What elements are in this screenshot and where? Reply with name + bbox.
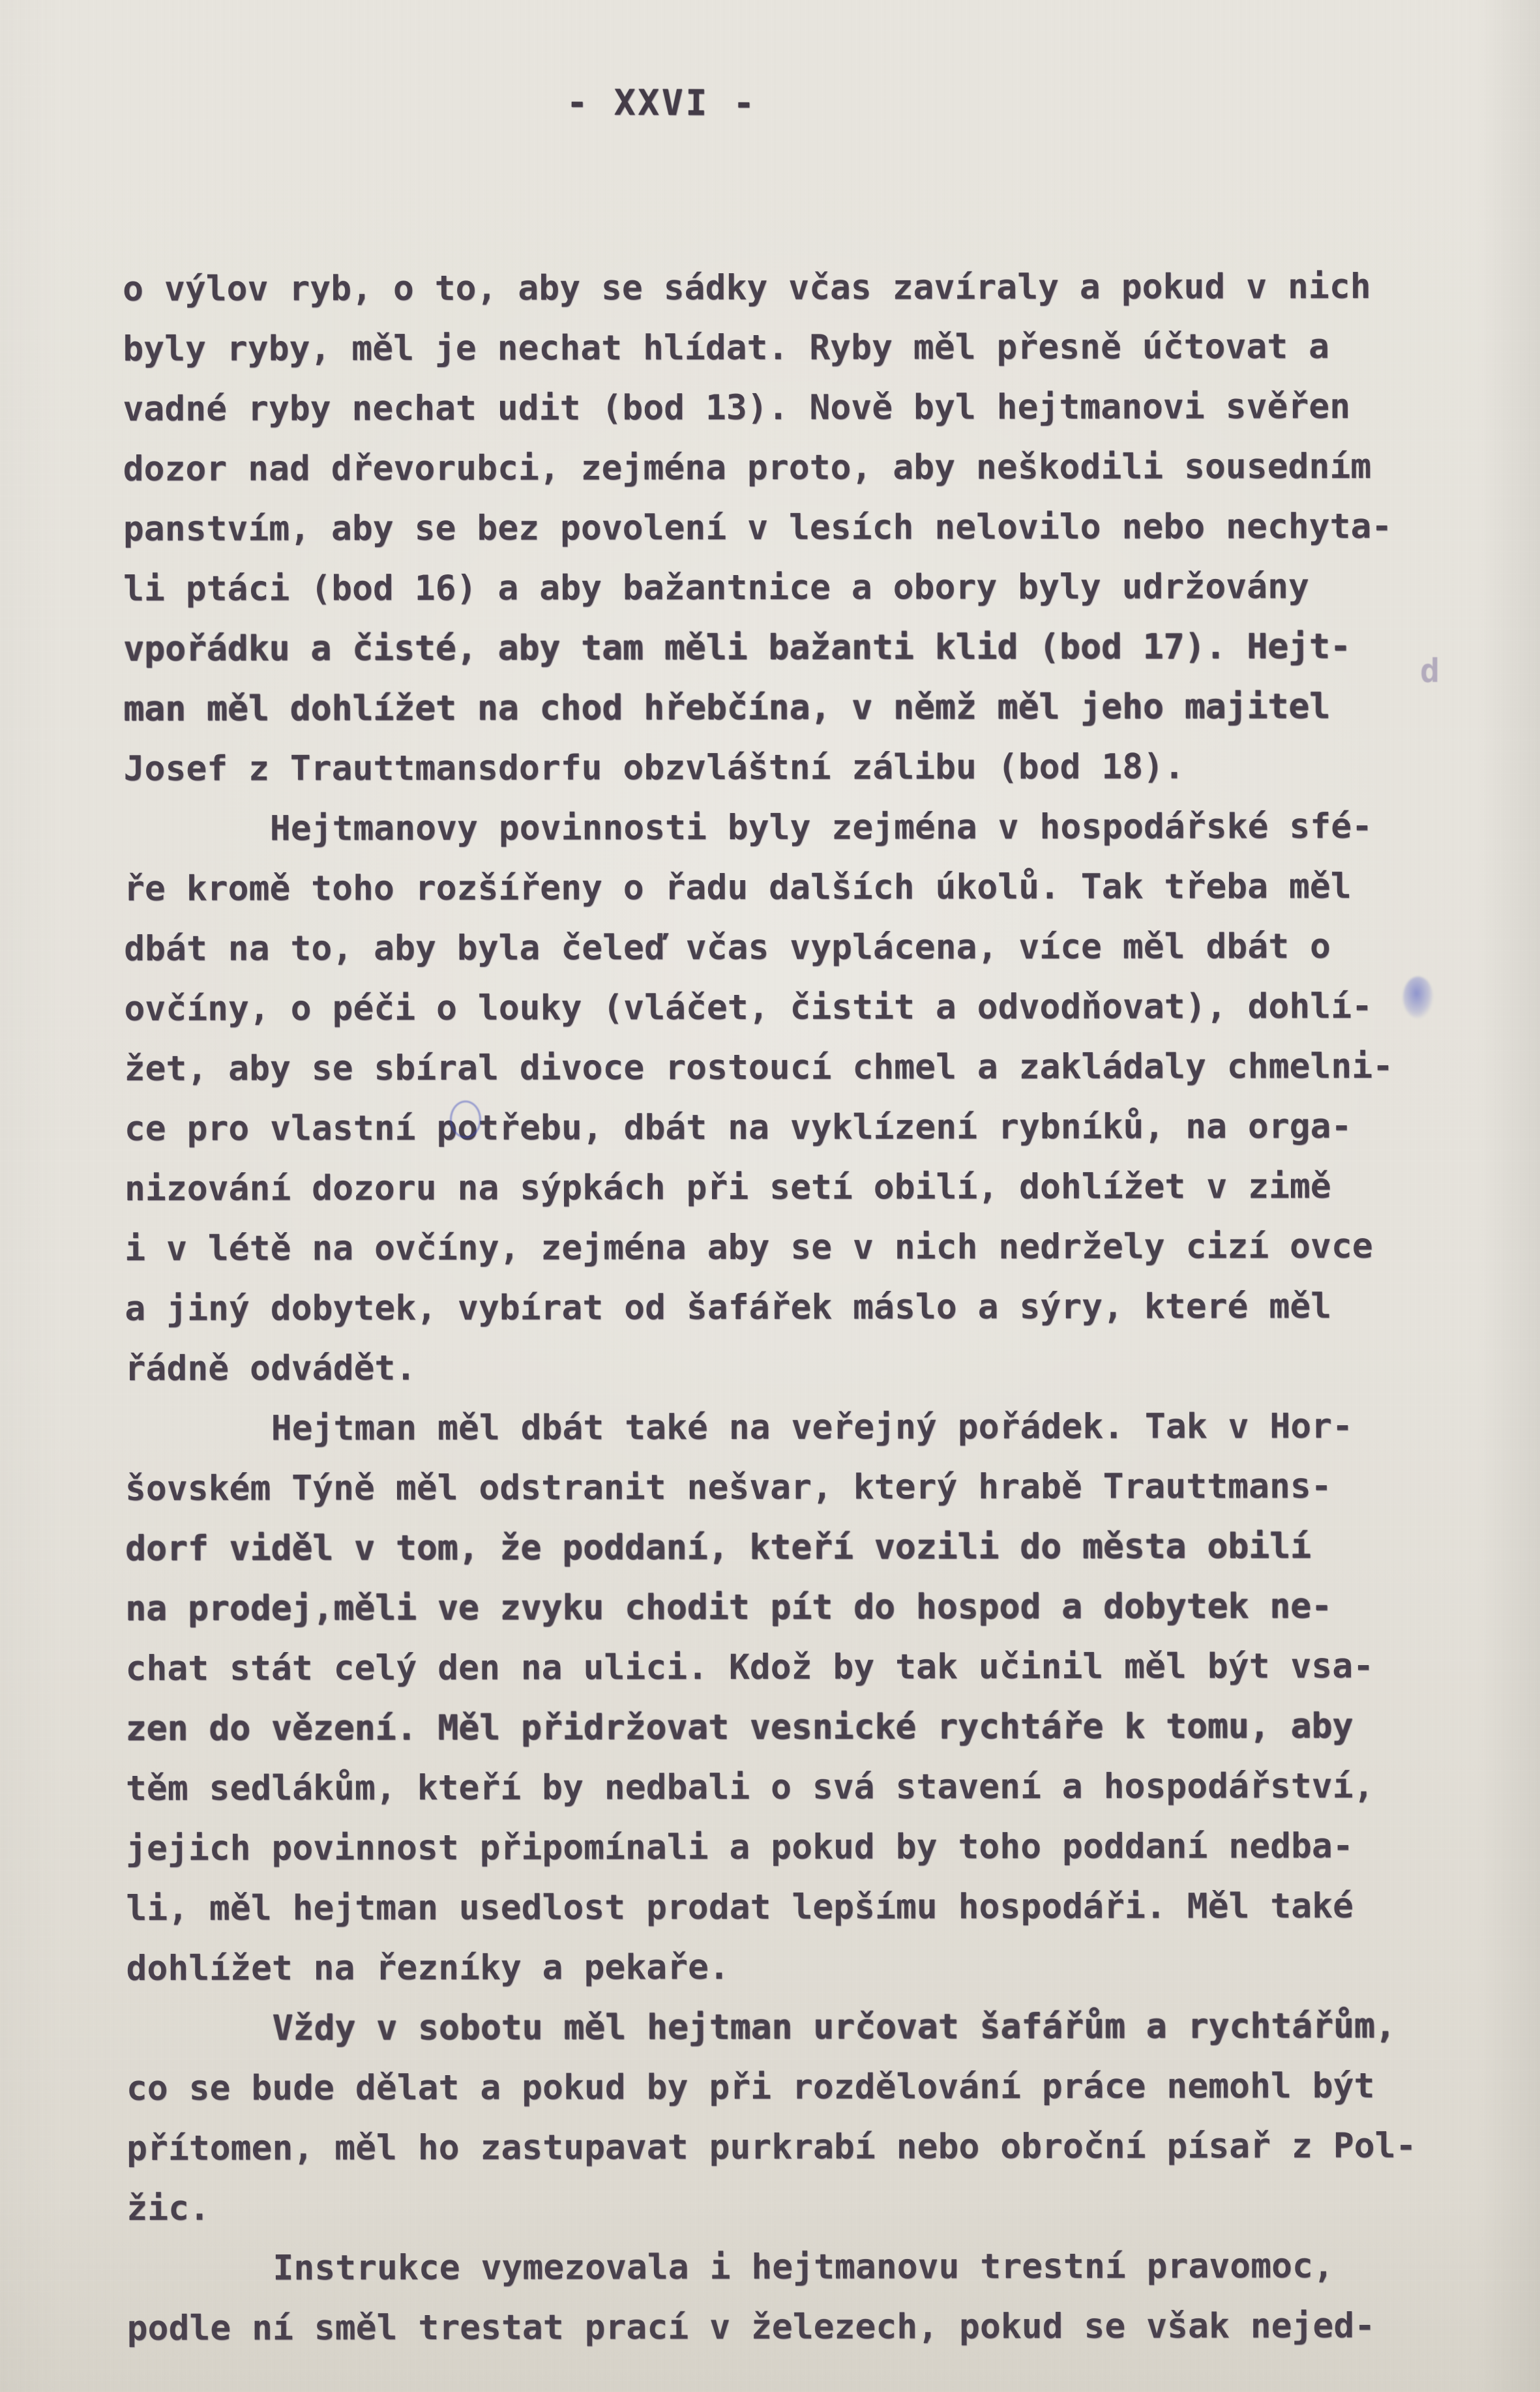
text-line: podle ní směl trestat prací v železech, … [127, 2296, 1438, 2359]
text-line: nizování dozoru na sýpkách při setí obil… [125, 1157, 1435, 1219]
text-line: man měl dohlížet na chod hřebčína, v něm… [123, 677, 1434, 739]
text-line: li ptáci (bod 16) a aby bažantnice a obo… [123, 557, 1434, 619]
ghost-letter: d [1420, 652, 1440, 690]
text-line: i v létě na ovčíny, zejména aby se v nic… [125, 1217, 1435, 1279]
text-line: žet, aby se sbíral divoce rostoucí chmel… [125, 1037, 1435, 1099]
scanned-page: - XXVI - o výlov ryb, o to, aby se sádky… [0, 0, 1540, 2392]
text-line: li, měl hejtman usedlost prodat lepšímu … [126, 1876, 1436, 1939]
text-line: dohlížet na řezníky a pekaře. [126, 1936, 1436, 1999]
text-line: dbát na to, aby byla čeleď včas vyplácen… [124, 917, 1434, 979]
text-line: ře kromě toho rozšířeny o řadu dalších ú… [124, 857, 1434, 919]
text-line: vpořádku a čisté, aby tam měli bažanti k… [123, 617, 1434, 679]
text-line: Hejtmanovy povinnosti byly zejména v hos… [124, 797, 1434, 859]
text-line: Josef z Trauttmansdorfu obzvláštní zálib… [124, 737, 1434, 799]
text-line: žic. [126, 2176, 1437, 2239]
text-line: co se bude dělat a pokud by při rozdělov… [126, 2056, 1437, 2119]
text-line: Instrukce vymezovala i hejtmanovu trestn… [126, 2236, 1437, 2299]
text-line: dorf viděl v tom, že poddaní, kteří vozi… [125, 1516, 1436, 1579]
text-line: řádně odvádět. [125, 1336, 1435, 1399]
text-line: a jiný dobytek, vybírat od šafářek máslo… [125, 1277, 1435, 1339]
text-line: ovčíny, o péči o louky (vláčet, čistit a… [124, 977, 1434, 1039]
text-line: Vždy v sobotu měl hejtman určovat šafářů… [126, 1996, 1437, 2059]
text-line: na prodej,měli ve zvyku chodit pít do ho… [125, 1576, 1436, 1639]
text-line: ce pro vlastní potřebu, dbát na vyklízen… [125, 1097, 1435, 1159]
text-line: přítomen, měl ho zastupavat purkrabí neb… [126, 2116, 1437, 2179]
text-line: zen do vězení. Měl přidržovat vesnické r… [126, 1696, 1436, 1759]
blue-smudge [1403, 977, 1433, 1018]
text-line: chat stát celý den na ulici. Kdož by tak… [125, 1636, 1436, 1699]
page-number: - XXVI - [0, 80, 1324, 125]
text-line: šovském Týně měl odstranit nešvar, který… [125, 1456, 1436, 1519]
blue-ring [450, 1100, 481, 1138]
text-line: Hejtman měl dbát také na veřejný pořádek… [125, 1396, 1436, 1459]
text-line: panstvím, aby se bez povolení v lesích n… [123, 497, 1434, 559]
typewritten-text: o výlov ryb, o to, aby se sádky včas zav… [123, 257, 1438, 2359]
text-line: o výlov ryb, o to, aby se sádky včas zav… [123, 257, 1433, 319]
text-line: vadné ryby nechat udit (bod 13). Nově by… [123, 377, 1433, 439]
text-line: dozor nad dřevorubci, zejména proto, aby… [123, 437, 1434, 499]
text-line: jejich povinnost připomínali a pokud by … [126, 1816, 1436, 1879]
text-line: těm sedlákům, kteří by nedbali o svá sta… [126, 1756, 1436, 1819]
text-line: byly ryby, měl je nechat hlídat. Ryby mě… [123, 317, 1433, 379]
